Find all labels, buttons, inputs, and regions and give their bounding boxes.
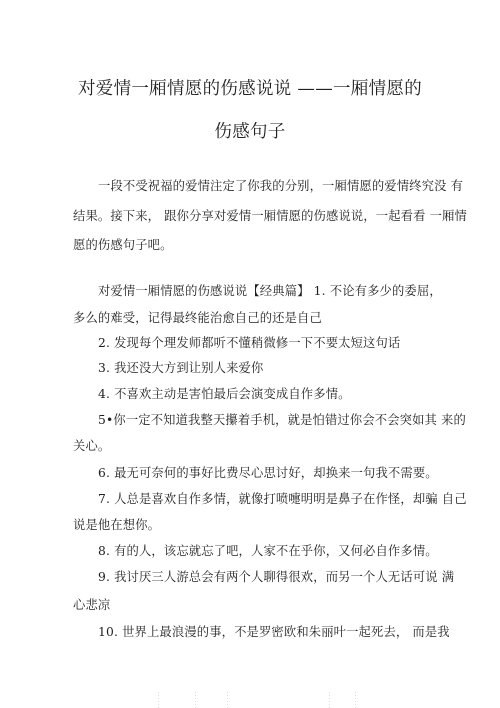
document-title-line-2: 伤感句子 <box>0 118 500 143</box>
intro-line-2: 结果。接下来， 跟你分享对爱情一厢情愿的伤感说说，一起看看 一厢情 <box>73 206 467 224</box>
quote-9: 9. 我讨厌三人游总会有两个人聊得很欢，而另一个人无话可说 满 <box>98 567 454 585</box>
intro-line-1: 一段不受祝福的爱情注定了你我的分别，一厢情愿的爱情终究没 有 <box>98 176 463 194</box>
quote-1-continuation: 多么的难受，记得最终能治愈自己的还是自己 <box>73 308 322 326</box>
quote-8: 8. 有的人，该忘就忘了吧，人家不在乎你，又何必自作多情。 <box>98 541 438 559</box>
document-title-line-1: 对爱情一厢情愿的伤感说说 ——一厢情愿的 <box>0 75 500 100</box>
quote-5-continuation: 关心。 <box>73 436 110 454</box>
quote-7-continuation: 说是他在想你。 <box>73 515 160 533</box>
quote-2: 2. 发现每个理发师都听不懂稍微修一下不要太短这句话 <box>98 333 400 351</box>
section-heading-line: 对爱情一厢情愿的伤感说说【经典篇】 1. 不论有多少的委屈， <box>98 281 442 299</box>
document-page: 对爱情一厢情愿的伤感说说 ——一厢情愿的 伤感句子 一段不受祝福的爱情注定了你我… <box>0 0 500 708</box>
quote-3: 3. 我还没大方到让别人来爱你 <box>98 358 263 376</box>
page-bottom-artifacts <box>0 692 500 708</box>
quote-4: 4. 不喜欢主动是害怕最后会演变成自作多情。 <box>98 384 351 402</box>
intro-line-3: 愿的伤感句子吧。 <box>73 235 173 253</box>
quote-7: 7. 人总是喜欢自作多情，就像打喷嚏明明是鼻子在作怪，却骗 自己 <box>98 489 467 507</box>
quote-5: 5•你一定不知道我整天攥着手机，就是怕错过你会不会突如其 来的 <box>98 410 466 428</box>
quote-9-continuation: 心悲凉 <box>73 595 110 613</box>
quote-6: 6. 最无可奈何的事好比费尽心思讨好，却换来一句我不需要。 <box>98 463 438 481</box>
quote-10: 10. 世界上最浪漫的事，不是罗密欧和朱丽叶一起死去， 而是我 <box>98 622 450 640</box>
